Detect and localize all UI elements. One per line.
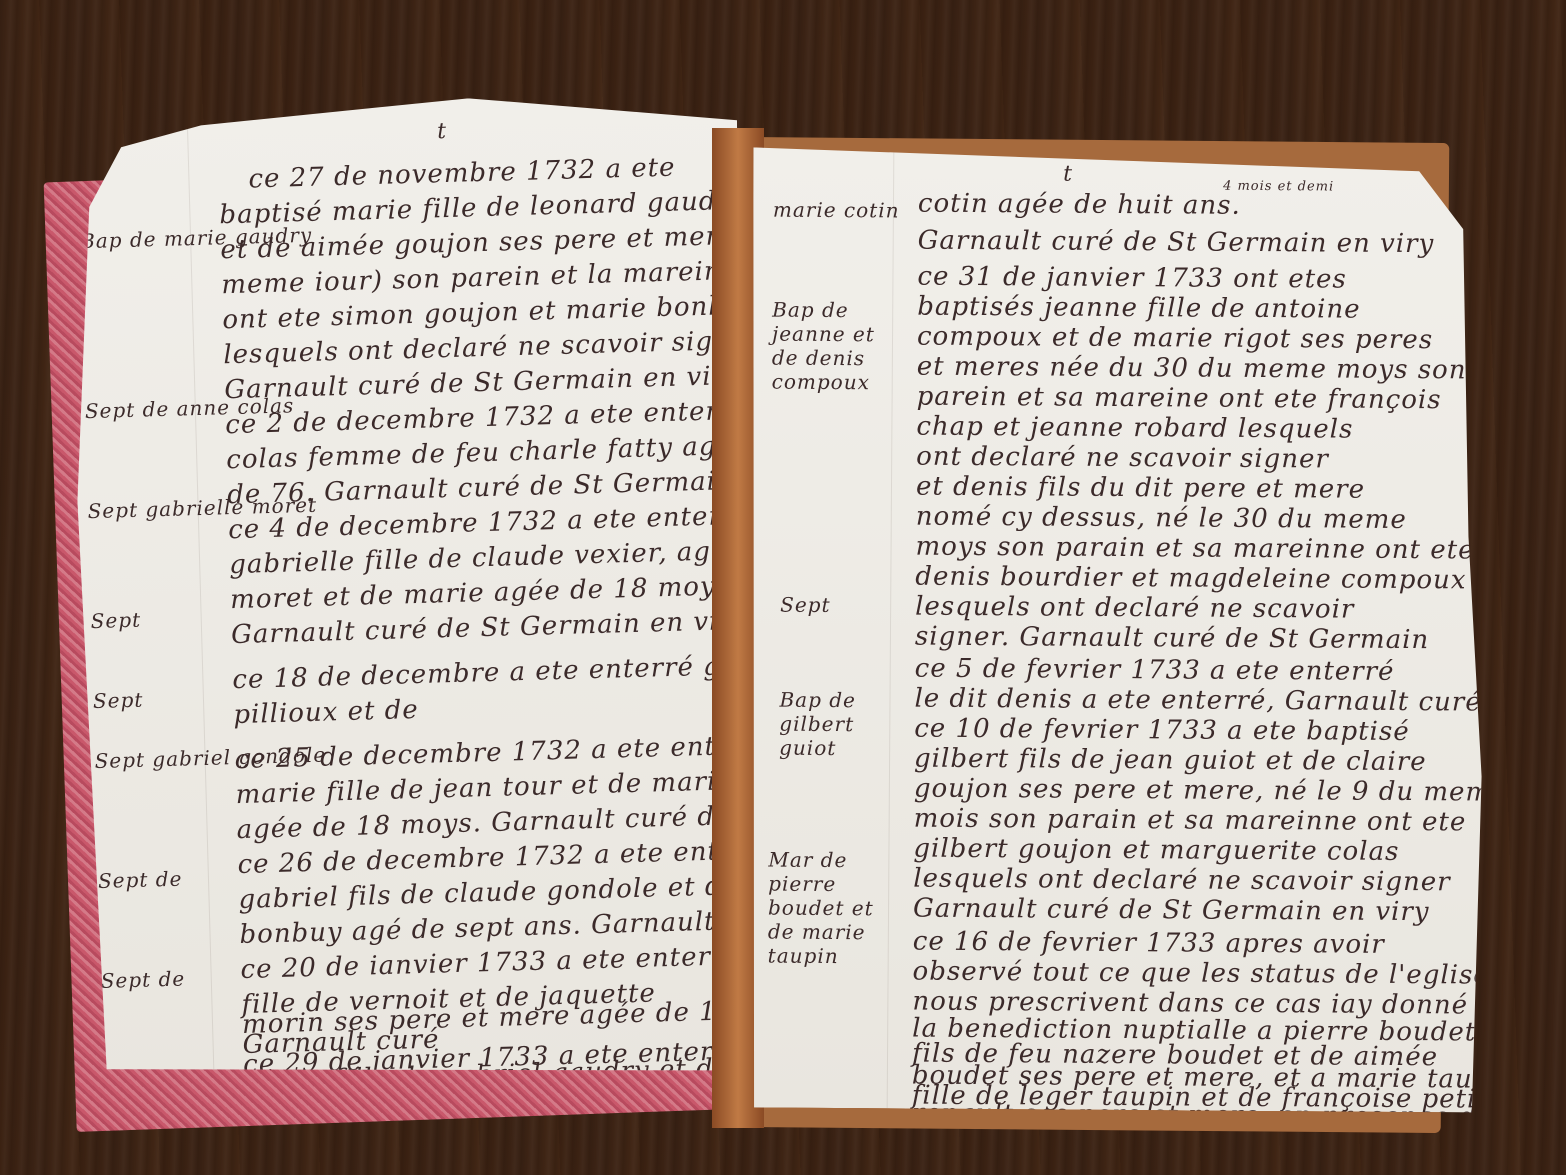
text-line: et meres née du 30 du meme moys son	[917, 352, 1467, 386]
text-line: parein et sa mareine ont ete françois	[917, 382, 1442, 416]
text-line: baptisés jeanne fille de antoine	[917, 292, 1360, 325]
text-line: observé tout ce que les status de l'egli…	[913, 957, 1490, 991]
margin-note: marie cotin	[773, 198, 900, 223]
text-line: ce 5 de fevrier 1733 a ete enterré	[915, 654, 1395, 687]
text-line: signer. Garnault curé de St Germain	[915, 622, 1429, 656]
text-line: lesquels ont declaré ne scavoir	[915, 592, 1354, 625]
margin-note: Sept	[90, 608, 141, 633]
text-line: gilbert goujon et marguerite colas	[913, 834, 1399, 867]
text-line: pillioux et de	[233, 695, 419, 730]
margin-note: Sept	[780, 593, 831, 617]
text-line: ont declaré ne scavoir signer	[916, 442, 1329, 475]
margin-note: Bap de jeanne et de denis compoux	[772, 298, 883, 395]
text-line: goujon ses pere et mere, né le 9 du meme	[914, 774, 1508, 808]
text-line: le dit denis a ete enterré, Garnault cur…	[914, 684, 1525, 718]
margin-note: Sept de	[98, 867, 183, 893]
text-line: compoux et de marie rigot ses peres	[917, 322, 1433, 356]
text-line: moys son parain et sa mareinne ont ete	[915, 532, 1474, 566]
margin-note: Mar de pierre boudet et de marie taupin	[768, 848, 879, 969]
margin-note: Sept de	[100, 967, 185, 993]
text-line: chap et jeanne robard lesquels	[916, 412, 1353, 445]
text-line: lesquels ont declaré ne scavoir signer	[913, 864, 1451, 898]
header-mark: t	[1063, 162, 1073, 187]
header-mark: t	[437, 119, 448, 144]
text-line: ce 27 de novembre 1732 a ete	[248, 153, 676, 195]
margin-note: Bap de gilbert guiot	[779, 688, 890, 761]
text-line: et denis fils du dit pere et mere	[916, 472, 1365, 505]
margin-note: Sept	[93, 688, 144, 713]
text-line: ce 31 de janvier 1733 ont etes	[917, 262, 1347, 295]
text-line: ce 16 de fevrier 1733 apres avoir	[913, 927, 1385, 960]
text-line: cotin agée de huit ans.	[918, 189, 1241, 221]
right-page: t 4 mois et demi marie cotin Bap de jean…	[747, 147, 1494, 1112]
text-line: mois son parain et sa mareinne ont ete	[914, 804, 1467, 838]
left-page: t Bap de marie gaudry Sept de anne colas…	[66, 91, 763, 1089]
text-line: Garnault curé de St Germain en viry	[913, 894, 1430, 928]
text-line: denis bourdier et magdeleine compoux	[915, 562, 1466, 596]
text-line: Garnault curé de St Germain en viry	[918, 226, 1435, 260]
text-line: nomé cy dessus, né le 30 du meme	[916, 502, 1407, 535]
text-line: ce 10 de fevrier 1733 a ete baptisé	[914, 714, 1410, 747]
text-line: gilbert fils de jean guiot et de claire	[914, 744, 1427, 778]
